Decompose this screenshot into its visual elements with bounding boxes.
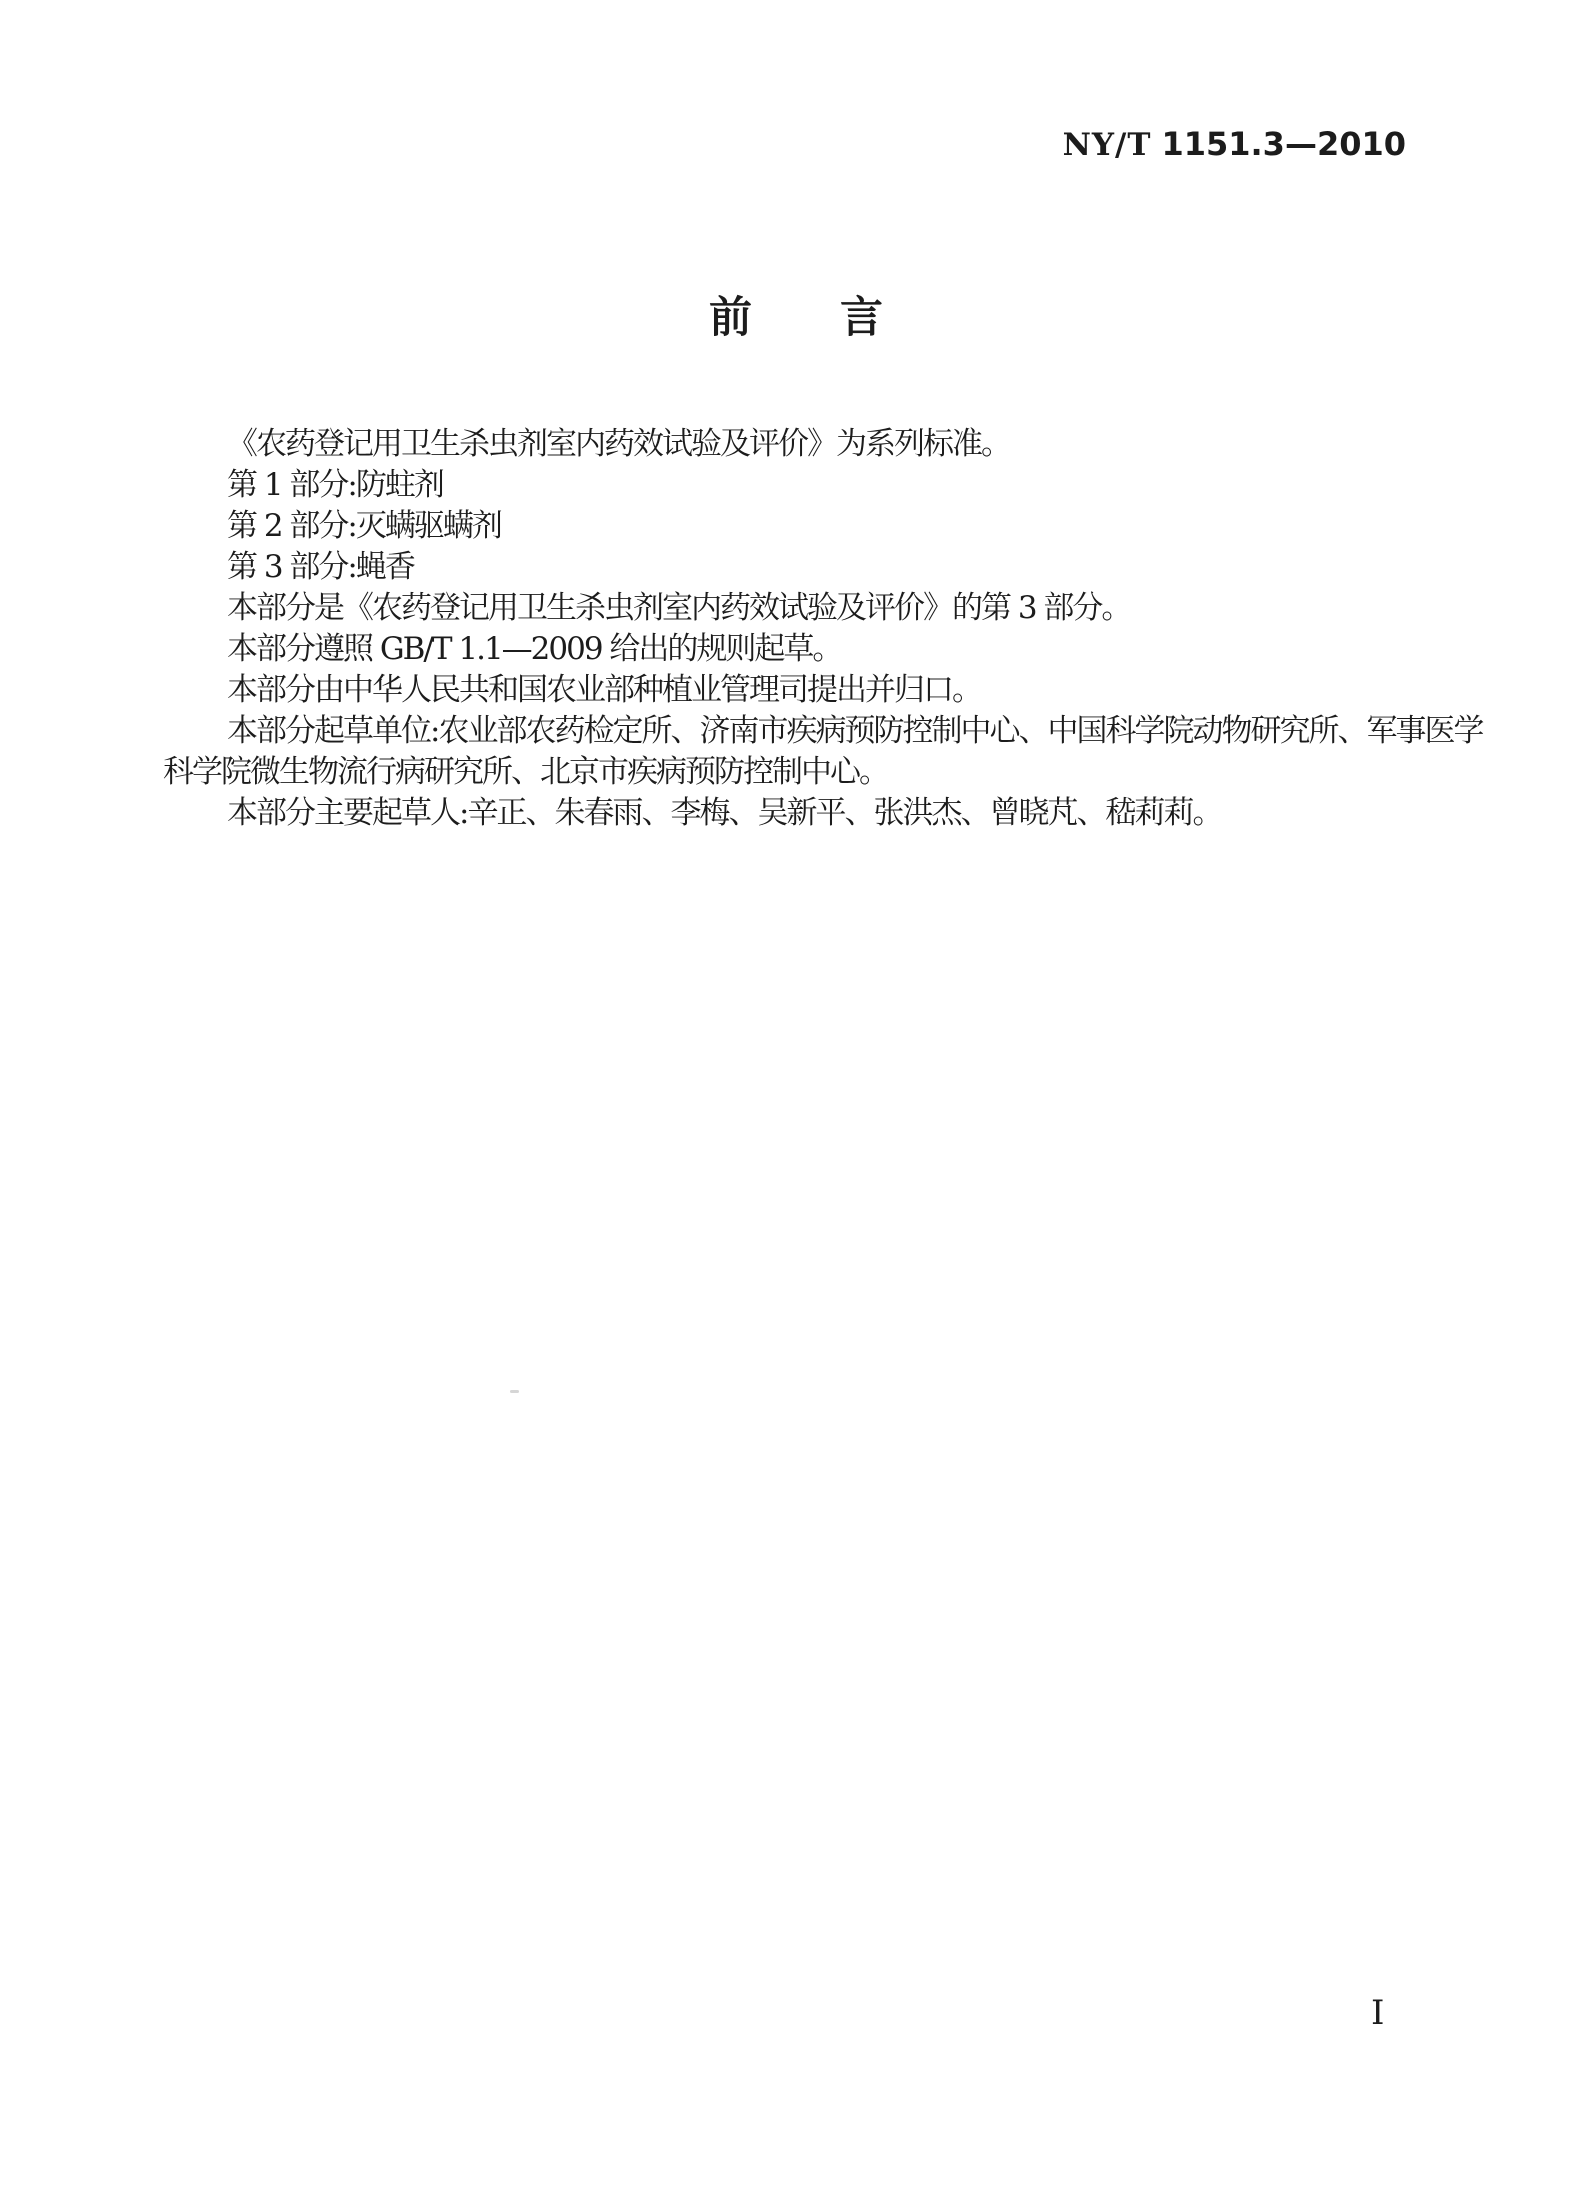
foreword-line-drafting-rule: 本部分遵照 GB/T 1.1—2009 给出的规则起草。 (163, 629, 1441, 670)
foreword-body: 《农药登记用卫生杀虫剂室内药效试验及评价》为系列标准。 第 1 部分:防蛀剂 第… (163, 424, 1441, 834)
page-title: 前 言 (0, 297, 1592, 340)
foreword-line-series-statement: 《农药登记用卫生杀虫剂室内药效试验及评价》为系列标准。 (163, 424, 1441, 465)
foreword-line-drafters: 本部分主要起草人:辛正、朱春雨、李梅、吴新平、张洪杰、曾晓芃、嵇莉莉。 (163, 793, 1441, 834)
document-page: NY/T1151.3—2010 前 言 《农药登记用卫生杀虫剂室内药效试验及评价… (0, 0, 1592, 2197)
foreword-line-proposed-by: 本部分由中华人民共和国农业部种植业管理司提出并归口。 (163, 670, 1441, 711)
foreword-line-drafting-organizations-cont: 科学院微生物流行病研究所、北京市疾病预防控制中心。 (163, 752, 1441, 793)
standard-code: NY/T1151.3—2010 (1063, 128, 1406, 161)
foreword-line-this-part: 本部分是《农药登记用卫生杀虫剂室内药效试验及评价》的第 3 部分。 (163, 588, 1441, 629)
foreword-line-part-2: 第 2 部分:灭螨驱螨剂 (163, 506, 1441, 547)
page-title-char-left: 前 (709, 297, 752, 340)
standard-code-number: 1151.3—2010 (1161, 125, 1406, 163)
scan-artifact (510, 1390, 519, 1393)
foreword-line-part-3: 第 3 部分:蝇香 (163, 547, 1441, 588)
foreword-line-drafting-organizations: 本部分起草单位:农业部农药检定所、济南市疾病预防控制中心、中国科学院动物研究所、… (163, 711, 1441, 752)
foreword-line-part-1: 第 1 部分:防蛀剂 (163, 465, 1441, 506)
page-title-char-right: 言 (840, 297, 883, 340)
page-number: I (1371, 1996, 1384, 2030)
standard-code-prefix: NY/T (1063, 127, 1152, 163)
